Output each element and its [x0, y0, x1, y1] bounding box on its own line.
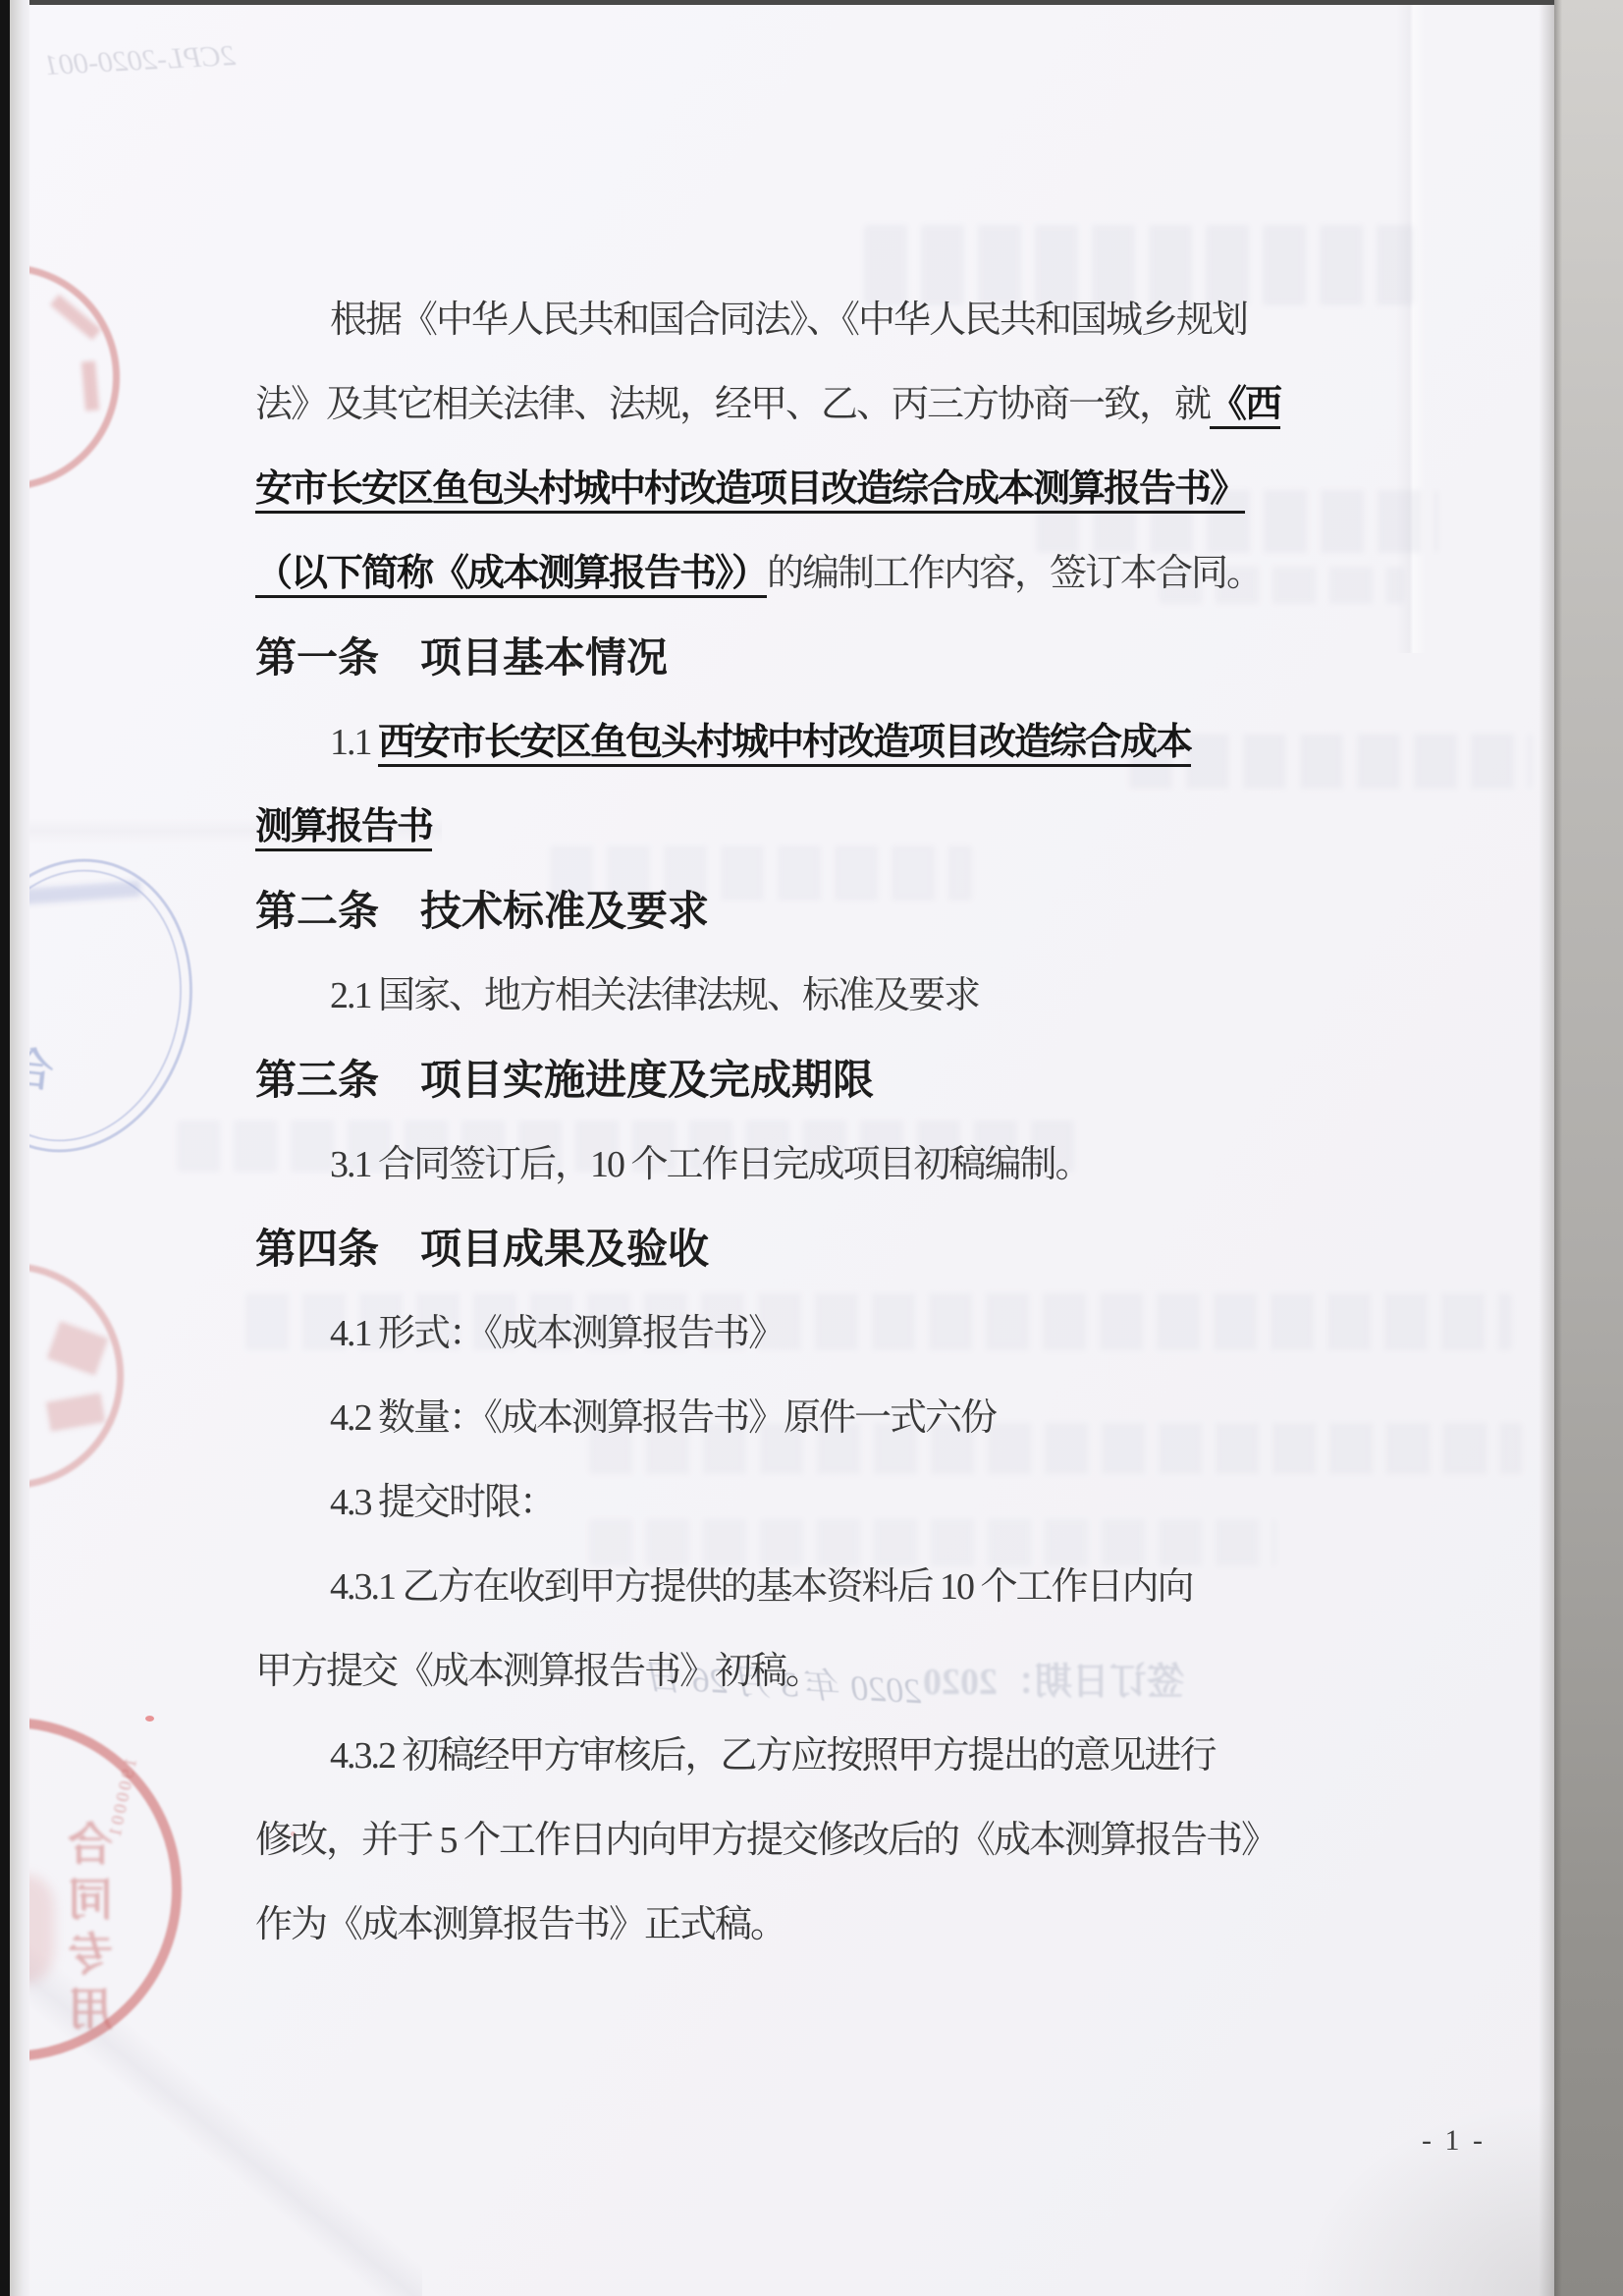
text-segment: 2.1 国家、地方相关法律法规、标准及要求 — [330, 975, 979, 1016]
contract-heading-line: 第二条 技术标准及要求 — [255, 869, 1316, 954]
text-segment: 西安市长安区鱼包头村城中村改造项目改造综合成本 — [378, 722, 1191, 763]
contract-heading-line: 第三条 项目实施进度及完成期限 — [255, 1038, 1316, 1122]
contract-text-line: 4.2 数量：《成本测算报告书》原件一式六份 — [255, 1376, 1316, 1460]
text-segment: 4.2 数量：《成本测算报告书》原件一式六份 — [330, 1397, 996, 1439]
contract-text-line: 4.3.1 乙方在收到甲方提供的基本资料后 10 个工作日内向 — [255, 1545, 1316, 1629]
contract-text-line: 修改，并于 5 个工作日内向甲方提交修改后的《成本测算报告书》 — [255, 1798, 1316, 1883]
text-segment: 第四条 项目成果及验收 — [255, 1226, 709, 1272]
contract-text-line: 甲方提交《成本测算报告书》初稿。 — [255, 1629, 1316, 1714]
text-segment: 法》及其它相关法律、法规，经甲、乙、丙三方协商一致，就 — [255, 384, 1210, 425]
text-segment: 测算报告书 — [255, 806, 432, 847]
scanner-right-background — [1554, 0, 1623, 2296]
contract-text-line: 测算报告书 — [255, 785, 1316, 869]
contract-text-line: 3.1 合同签订后，10 个工作日完成项目初稿编制。 — [255, 1122, 1316, 1207]
text-segment: 安市长安区鱼包头村城中村改造项目改造综合成本测算报告书》 — [255, 468, 1245, 510]
contract-text-line: 4.1 形式：《成本测算报告书》 — [255, 1291, 1316, 1376]
contract-body-text: 根据《中华人民共和国合同法》、《中华人民共和国城乡规划法》及其它相关法律、法规，… — [255, 278, 1316, 1967]
contract-text-line: 作为《成本测算报告书》正式稿。 — [255, 1883, 1316, 1967]
text-segment: 甲方提交《成本测算报告书》初稿。 — [255, 1651, 821, 1692]
contract-text-line: 4.3 提交时限： — [255, 1460, 1316, 1545]
text-segment: 根据《中华人民共和国合同法》、《中华人民共和国城乡规划 — [330, 300, 1247, 341]
text-segment: 4.3 提交时限： — [330, 1482, 555, 1523]
contract-text-line: 法》及其它相关法律、法规，经甲、乙、丙三方协商一致，就《西 — [255, 362, 1316, 447]
text-segment: （以下简称《成本测算报告书》） — [255, 553, 767, 594]
text-segment: 4.1 形式：《成本测算报告书》 — [330, 1313, 784, 1354]
text-segment: 修改，并于 5 个工作日内向甲方提交修改后的《成本测算报告书》 — [255, 1820, 1276, 1861]
page-number: - 1 - — [1422, 2124, 1486, 2158]
red-seal-stamp-digits: 1900001 — [104, 1756, 141, 1841]
text-segment: 3.1 合同签订后，10 个工作日完成项目初稿编制。 — [330, 1144, 1091, 1185]
red-seal-stamp-top — [29, 264, 120, 490]
text-segment: 4.3.2 初稿经甲方审核后，乙方应按照甲方提出的意见进行 — [330, 1735, 1216, 1777]
text-segment: 第三条 项目实施进度及完成期限 — [255, 1057, 874, 1103]
red-seal-stamp-label: 合同专用 — [54, 1818, 113, 2038]
paper-sheet: 2CPL-2020-001 2020 年 3 月 26 日 签订日期：2020 … — [29, 5, 1554, 2296]
text-segment: 4.3.1 乙方在收到甲方提供的基本资料后 10 个工作日内向 — [330, 1566, 1193, 1608]
red-ink-speck — [145, 1716, 154, 1722]
contract-heading-line: 第四条 项目成果及验收 — [255, 1207, 1316, 1291]
contract-text-line: 根据《中华人民共和国合同法》、《中华人民共和国城乡规划 — [255, 278, 1316, 362]
contract-text-line: 2.1 国家、地方相关法律法规、标准及要求 — [255, 954, 1316, 1038]
paper-right-edge-shadow — [1539, 5, 1554, 2296]
scanner-top-edge — [0, 0, 1554, 5]
red-seal-ink-blob — [29, 1875, 54, 1983]
contract-heading-line: 第一条 项目基本情况 — [255, 616, 1316, 700]
text-segment: 第一条 项目基本情况 — [255, 634, 668, 681]
text-segment: 作为《成本测算报告书》正式稿。 — [255, 1904, 785, 1945]
contract-text-line: 4.3.2 初稿经甲方审核后，乙方应按照甲方提出的意见进行 — [255, 1714, 1316, 1798]
red-seal-stamp-middle — [29, 1263, 124, 1489]
text-segment: 1.1 — [330, 722, 378, 763]
scanned-contract-page: 2CPL-2020-001 2020 年 3 月 26 日 签订日期：2020 … — [0, 0, 1623, 2296]
text-segment: 《西 — [1210, 384, 1280, 425]
text-segment: 第二条 技术标准及要求 — [255, 888, 709, 934]
page-left-edge-band — [10, 0, 29, 2296]
scanner-left-edge — [0, 0, 10, 2296]
text-segment: 的编制工作内容，签订本合同。 — [767, 553, 1262, 594]
contract-text-line: 安市长安区鱼包头村城中村改造项目改造综合成本测算报告书》 — [255, 447, 1316, 531]
contract-text-line: 1.1 西安市长安区鱼包头村城中村改造项目改造综合成本 — [255, 700, 1316, 785]
paper-crease-vertical — [1396, 5, 1426, 653]
bleed-through-handwritten-code: 2CPL-2020-001 — [43, 39, 237, 82]
contract-text-line: （以下简称《成本测算报告书》）的编制工作内容，签订本合同。 — [255, 531, 1316, 616]
